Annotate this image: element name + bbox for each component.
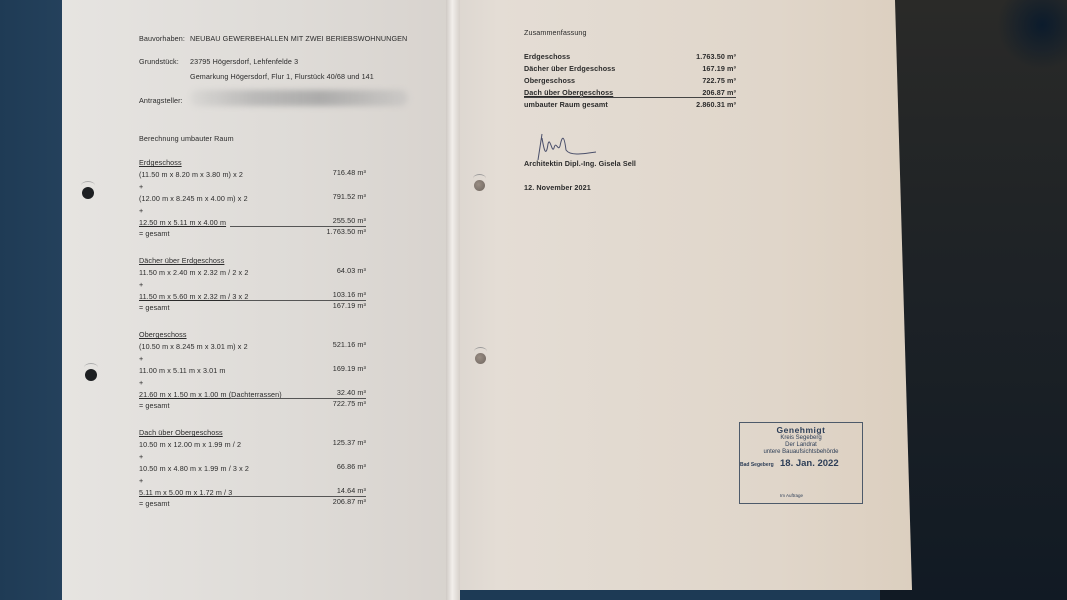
summary-value: 167.19 m³ [640, 64, 736, 73]
plus-sign: + [139, 452, 143, 461]
stamp-place: Bad Segeberg [740, 462, 774, 468]
plot-label: Grundstück: [139, 57, 179, 66]
row-value: 103.16 m³ [270, 290, 366, 299]
row-value: 791.52 m³ [270, 192, 366, 201]
plus-sign: + [139, 280, 143, 289]
section-heading: Dächer über Erdgeschoss [139, 256, 224, 265]
summary-total-value: 2.860.31 m³ [640, 100, 736, 109]
formula: (10.50 m x 8.245 m x 3.01 m) x 2 [139, 342, 248, 351]
approval-stamp: Genehmigt Kreis Segeberg Der Landrat unt… [739, 422, 863, 504]
formula: 11.50 m x 2.40 m x 2.32 m / 2 x 2 [139, 268, 248, 277]
formula: (11.50 m x 8.20 m x 3.80 m) x 2 [139, 170, 243, 179]
total-value: 1.763.50 m³ [270, 227, 366, 236]
summary-value: 206.87 m³ [640, 88, 736, 97]
summary-label: Erdgeschoss [524, 52, 570, 61]
section-heading: Obergeschoss [139, 330, 187, 339]
total-label: = gesamt [139, 499, 170, 508]
total-label: = gesamt [139, 229, 170, 238]
total-value: 206.87 m³ [270, 497, 366, 506]
section-heading: Dach über Obergeschoss [139, 428, 223, 437]
row-value: 125.37 m³ [270, 438, 366, 447]
project-label: Bauvorhaben: [139, 34, 185, 43]
total-value: 722.75 m³ [270, 399, 366, 408]
summary-divider [524, 97, 736, 98]
formula: 10.50 m x 4.80 m x 1.99 m / 3 x 2 [139, 464, 249, 473]
summary-title: Zusammenfassung [524, 28, 587, 37]
punch-hole [474, 180, 485, 191]
summary-label: Dächer über Erdgeschoss [524, 64, 615, 73]
row-value: 66.86 m³ [270, 462, 366, 471]
plot-line1: 23795 Högersdorf, Lehfenfelde 3 [190, 57, 298, 66]
punch-hole [475, 353, 486, 364]
row-value: 255.50 m³ [270, 216, 366, 225]
page-fold [446, 0, 460, 600]
architect-name: Architektin Dipl.-Ing. Gisela Sell [524, 159, 636, 168]
summary-label: Dach über Obergeschoss [524, 88, 613, 97]
total-label: = gesamt [139, 401, 170, 410]
summary-value: 1.763.50 m³ [640, 52, 736, 61]
plot-line2: Gemarkung Högersdorf, Flur 1, Flurstück … [190, 72, 374, 81]
applicant-label: Antragsteller: [139, 96, 183, 105]
summary-label: Obergeschoss [524, 76, 575, 85]
summary-value: 722.75 m³ [640, 76, 736, 85]
plus-sign: + [139, 206, 143, 215]
punch-hole [85, 369, 97, 381]
row-value: 14.64 m³ [270, 486, 366, 495]
row-value: 169.19 m³ [270, 364, 366, 373]
formula: (12.00 m x 8.245 m x 4.00 m) x 2 [139, 194, 248, 203]
stamp-line3: untere Bauaufsichtsbehörde [740, 449, 862, 455]
plus-sign: + [139, 378, 143, 387]
row-value: 32.40 m³ [270, 388, 366, 397]
stamp-date: 18. Jan. 2022 [780, 458, 839, 469]
formula: 10.50 m x 12.00 m x 1.99 m / 2 [139, 440, 241, 449]
stamp-line1: Kreis Segeberg [740, 435, 862, 441]
summary-total-label: umbauter Raum gesamt [524, 100, 608, 109]
stamp-title: Genehmigt [740, 425, 862, 435]
formula: 5.11 m x 5.00 m x 1.72 m / 3 [139, 488, 232, 497]
formula: 11.00 m x 5.11 m x 3.01 m [139, 366, 226, 375]
document-date: 12. November 2021 [524, 183, 591, 192]
row-value: 64.03 m³ [270, 266, 366, 275]
plus-sign: + [139, 182, 143, 191]
row-value: 716.48 m³ [270, 168, 366, 177]
formula: 12.50 m x 5.11 m x 4.00 m [139, 218, 226, 227]
plus-sign: + [139, 354, 143, 363]
total-value: 167.19 m³ [270, 301, 366, 310]
redacted-applicant [190, 90, 408, 106]
calc-title: Berechnung umbauter Raum [139, 134, 234, 143]
section-heading: Erdgeschoss [139, 158, 182, 167]
plus-sign: + [139, 476, 143, 485]
stamp-footer: Im Auftrage [780, 493, 803, 498]
total-label: = gesamt [139, 303, 170, 312]
punch-hole [82, 187, 94, 199]
row-value: 521.16 m³ [270, 340, 366, 349]
project-value: NEUBAU GEWERBEHALLEN MIT ZWEI BERIEBSWOH… [190, 34, 407, 43]
stamp-line2: Der Landrat [740, 442, 862, 448]
